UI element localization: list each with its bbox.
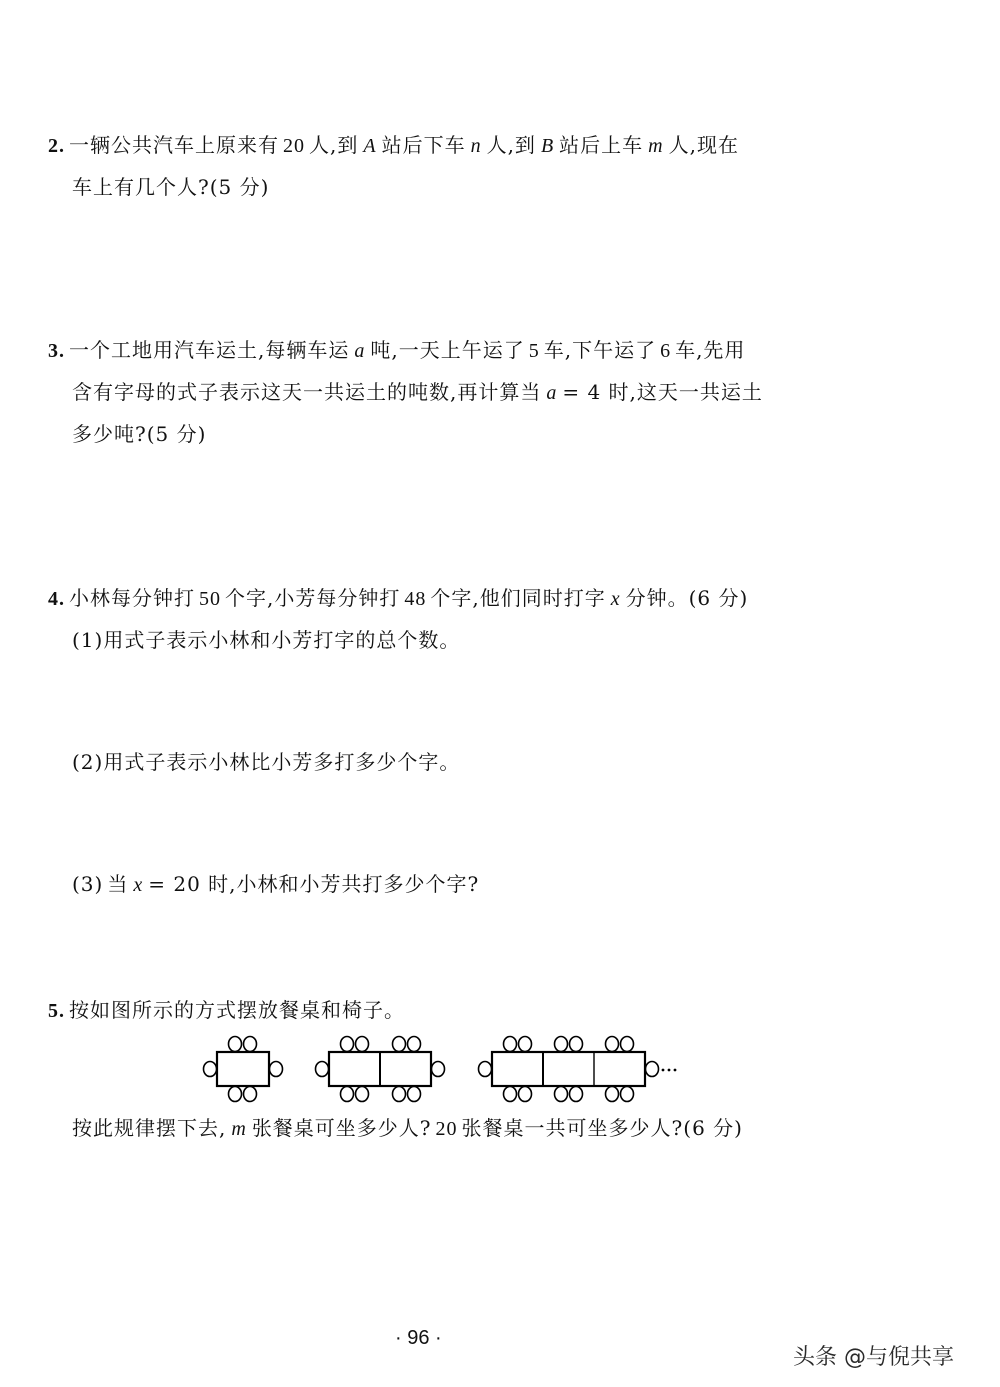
variable: a — [354, 340, 365, 362]
text: 站后上车 — [559, 133, 643, 157]
ellipsis-icon — [662, 1069, 677, 1072]
arrangement-3-tables — [479, 1037, 659, 1102]
text: 人,到 — [309, 133, 358, 157]
text: 用式子表示小林和小芳打字的总个数。 — [103, 628, 460, 652]
question-2-line-1: 2.一辆公共汽车上原来有20人,到A站后下车n人,到B站后上车m人,现在 — [48, 131, 739, 160]
question-number: 5. — [48, 1000, 65, 1022]
text: 个字,他们同时打字 — [430, 586, 605, 610]
text: 人,到 — [487, 133, 536, 157]
variable: A — [363, 135, 376, 157]
table-pattern-figure — [195, 1030, 695, 1110]
score: (5 分) — [210, 175, 270, 199]
question-2-line-2: 车上有几个人?(5 分) — [72, 173, 269, 201]
number-value: 48 — [404, 588, 426, 610]
text: 车,先用 — [675, 338, 745, 362]
text: 人,现在 — [669, 133, 739, 157]
text: 一个工地用汽车运土,每辆车运 — [69, 338, 349, 362]
variable: x — [611, 588, 621, 610]
number-value: 50 — [199, 588, 221, 610]
text: 吨,一天上午运了 — [370, 338, 524, 362]
tables-and-chairs-diagram — [195, 1030, 695, 1110]
variable: x — [133, 874, 143, 896]
question-number: 4. — [48, 588, 65, 610]
text: 张餐桌一共可坐多少人? — [462, 1116, 684, 1140]
variable: m — [231, 1118, 246, 1140]
text: 含有字母的式子表示这天一共运土的吨数,再计算当 — [72, 380, 541, 404]
arrangement-1-table — [204, 1037, 283, 1102]
watermark: 头条 @与倪共享 — [793, 1340, 954, 1371]
question-number: 2. — [48, 135, 65, 157]
text: 车,下午运了 — [544, 338, 656, 362]
question-4-sub-1: (1)用式子表示小林和小芳打字的总个数。 — [72, 626, 460, 654]
question-4-sub-3: (3)当x= 20 时,小林和小芳共打多少个字? — [72, 870, 479, 899]
text: 一辆公共汽车上原来有 — [69, 133, 279, 157]
variable: a — [546, 382, 557, 404]
sub-question-label: (2) — [72, 750, 103, 774]
text: 车上有几个人? — [72, 175, 210, 199]
text: 小林每分钟打 — [69, 586, 195, 610]
variable: B — [541, 135, 554, 157]
number-value: 5 — [529, 340, 540, 362]
text: 按如图所示的方式摆放餐桌和椅子。 — [69, 998, 405, 1022]
number-value: 6 — [660, 340, 671, 362]
sub-question-label: (3) — [72, 872, 103, 896]
variable: m — [648, 135, 663, 157]
question-3-line-1: 3.一个工地用汽车运土,每辆车运a吨,一天上午运了5车,下午运了6车,先用 — [48, 336, 745, 365]
score: (5 分) — [147, 422, 207, 446]
arrangement-2-tables — [316, 1037, 445, 1102]
sub-question-label: (1) — [72, 628, 103, 652]
score: (6 分) — [683, 1116, 743, 1140]
question-3-line-2: 含有字母的式子表示这天一共运土的吨数,再计算当a= 4 时,这天一共运土 — [72, 378, 763, 407]
text: 按此规律摆下去, — [72, 1116, 226, 1140]
question-3-line-3: 多少吨?(5 分) — [72, 420, 206, 448]
question-5-line-2: 按此规律摆下去,m张餐桌可坐多少人?20张餐桌一共可坐多少人?(6 分) — [72, 1114, 743, 1143]
question-5-line-1: 5.按如图所示的方式摆放餐桌和椅子。 — [48, 996, 405, 1025]
question-4-sub-2: (2)用式子表示小林比小芳多打多少个字。 — [72, 748, 460, 776]
text: = 4 时,这天一共运土 — [562, 380, 763, 404]
text: 用式子表示小林比小芳多打多少个字。 — [103, 750, 460, 774]
text: 多少吨? — [72, 422, 147, 446]
question-number: 3. — [48, 340, 65, 362]
variable: n — [471, 135, 482, 157]
text: 分钟。(6 分) — [626, 586, 749, 610]
text: 个字,小芳每分钟打 — [225, 586, 400, 610]
number-value: 20 — [283, 135, 305, 157]
text: 张餐桌可坐多少人? — [252, 1116, 432, 1140]
text: 站后下车 — [382, 133, 466, 157]
text: 当 — [107, 872, 128, 896]
number-value: 20 — [436, 1118, 458, 1140]
text: = 20 时,小林和小芳共打多少个字? — [148, 872, 479, 896]
question-4-line-1: 4.小林每分钟打50个字,小芳每分钟打48个字,他们同时打字x分钟。(6 分) — [48, 584, 748, 613]
page-number: · 96 · — [395, 1327, 442, 1350]
